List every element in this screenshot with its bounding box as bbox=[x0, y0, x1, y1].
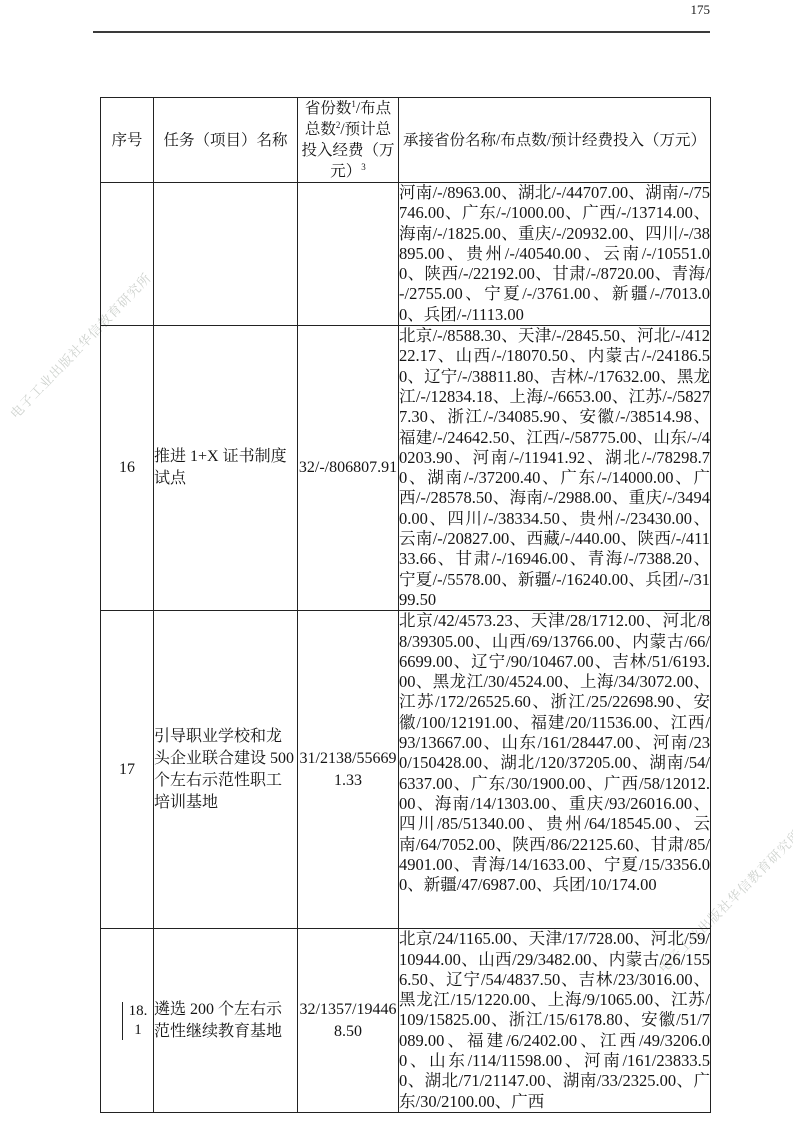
serial-cell: 17 bbox=[101, 611, 154, 929]
totals-cell: 31/2138/556691.33 bbox=[298, 611, 399, 929]
task-name-cell: 推进 1+X 证书制度试点 bbox=[154, 326, 298, 611]
table-row-16: 16 推进 1+X 证书制度试点 32/-/806807.91 北京/-/858… bbox=[101, 326, 711, 611]
header-task-name: 任务（项目）名称 bbox=[154, 98, 298, 183]
header-rule bbox=[93, 31, 710, 33]
province-details-cell: 河南/-/8963.00、湖北/-/44707.00、湖南/-/75746.00… bbox=[399, 183, 711, 326]
tasks-table: 序号 任务（项目）名称 省份数1/布点总数2/预计总投入经费（万元）3 承接省份… bbox=[100, 97, 711, 1113]
table-row-17: 17 引导职业学校和龙头企业联合建设 500 个左右示范性职工培训基地 31/2… bbox=[101, 611, 711, 929]
table-header-row: 序号 任务（项目）名称 省份数1/布点总数2/预计总投入经费（万元）3 承接省份… bbox=[101, 98, 711, 183]
header-totals-text: 省份数 bbox=[305, 100, 352, 117]
totals-cell bbox=[298, 183, 399, 326]
serial-subcell-empty bbox=[101, 1002, 123, 1040]
task-name-cell: 遴选 200 个左右示范性继续教育基地 bbox=[154, 929, 298, 1113]
serial-cell: 16 bbox=[101, 326, 154, 611]
task-name-cell bbox=[154, 183, 298, 326]
province-details-cell: 北京/24/1165.00、天津/17/728.00、河北/59/10944.0… bbox=[399, 929, 711, 1113]
table-row-18-1: 18.1 遴选 200 个左右示范性继续教育基地 32/1357/194468.… bbox=[101, 929, 711, 1113]
table-row-continued: 河南/-/8963.00、湖北/-/44707.00、湖南/-/75746.00… bbox=[101, 183, 711, 326]
serial-subcell: 18.1 bbox=[123, 1002, 153, 1040]
totals-cell: 32/-/806807.91 bbox=[298, 326, 399, 611]
province-details-cell: 北京/42/4573.23、天津/28/1712.00、河北/88/39305.… bbox=[399, 611, 711, 929]
header-totals: 省份数1/布点总数2/预计总投入经费（万元）3 bbox=[298, 98, 399, 183]
header-province-breakdown: 承接省份名称/布点数/预计经费投入（万元） bbox=[399, 98, 711, 183]
page-number: 175 bbox=[610, 2, 710, 18]
serial-cell bbox=[101, 183, 154, 326]
document-page: 175 电子工业出版社华信教育研究所 电子工业出版社华信教育研究所 序号 任务（… bbox=[0, 0, 793, 1122]
province-details-cell: 北京/-/8588.30、天津/-/2845.50、河北/-/41222.17、… bbox=[399, 326, 711, 611]
header-serial: 序号 bbox=[101, 98, 154, 183]
totals-cell: 32/1357/194468.50 bbox=[298, 929, 399, 1113]
task-name-cell: 引导职业学校和龙头企业联合建设 500 个左右示范性职工培训基地 bbox=[154, 611, 298, 929]
footnote-ref-3: 3 bbox=[361, 162, 366, 172]
serial-cell-split: 18.1 bbox=[101, 929, 154, 1113]
